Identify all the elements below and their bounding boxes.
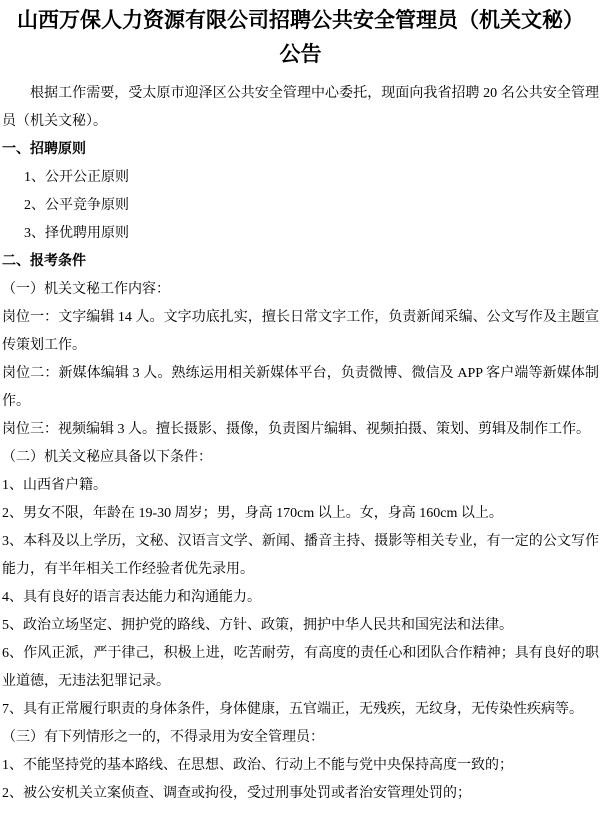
title-line-1: 山西万保人力资源有限公司招聘公共安全管理员（机关文秘） bbox=[2, 3, 599, 37]
paragraph: 岗位三：视频编辑 3 人。擅长摄影、摄像，负责图片编辑、视频拍摄、策划、剪辑及制… bbox=[2, 416, 599, 444]
paragraph: 5、政治立场坚定、拥护党的路线、方针、政策，拥护中华人民共和国宪法和法律。 bbox=[2, 612, 599, 640]
title-line-2: 公告 bbox=[2, 37, 599, 71]
paragraph: 4、具有良好的语言表达能力和沟通能力。 bbox=[2, 584, 599, 612]
paragraph: 3、择优聘用原则 bbox=[2, 220, 599, 248]
paragraph: 3、本科及以上学历，文秘、汉语言文学、新闻、播音主持、摄影等相关专业，有一定的公… bbox=[2, 528, 599, 584]
paragraph: 根据工作需要，受太原市迎泽区公共安全管理中心委托，现面向我省招聘 20 名公共安… bbox=[2, 80, 599, 136]
paragraph: 1、公开公正原则 bbox=[2, 164, 599, 192]
paragraph: 7、具有正常履行职责的身体条件，身体健康，五官端正，无残疾，无纹身，无传染性疾病… bbox=[2, 696, 599, 724]
document: 山西万保人力资源有限公司招聘公共安全管理员（机关文秘） 公告 根据工作需要，受太… bbox=[0, 0, 601, 808]
paragraph: 一、招聘原则 bbox=[2, 136, 599, 164]
paragraph: （一）机关文秘工作内容： bbox=[2, 276, 599, 304]
paragraph: 二、报考条件 bbox=[2, 248, 599, 276]
paragraph: 2、公平竞争原则 bbox=[2, 192, 599, 220]
paragraph: 1、不能坚持党的基本路线、在思想、政治、行动上不能与党中央保持高度一致的； bbox=[2, 752, 599, 780]
paragraph: （二）机关文秘应具备以下条件： bbox=[2, 444, 599, 472]
paragraph: 岗位二：新媒体编辑 3 人。熟练运用相关新媒体平台，负责微博、微信及 APP 客… bbox=[2, 360, 599, 416]
paragraph: 1、山西省户籍。 bbox=[2, 472, 599, 500]
paragraph: 6、作风正派，严于律己，积极上进，吃苦耐劳，有高度的责任心和团队合作精神；具有良… bbox=[2, 640, 599, 696]
document-body: 根据工作需要，受太原市迎泽区公共安全管理中心委托，现面向我省招聘 20 名公共安… bbox=[2, 80, 599, 808]
document-title: 山西万保人力资源有限公司招聘公共安全管理员（机关文秘） 公告 bbox=[2, 3, 599, 71]
paragraph: （三）有下列情形之一的，不得录用为安全管理员： bbox=[2, 724, 599, 752]
paragraph: 2、男女不限，年龄在 19-30 周岁；男，身高 170cm 以上。女，身高 1… bbox=[2, 500, 599, 528]
paragraph: 岗位一：文字编辑 14 人。文字功底扎实，擅长日常文字工作，负责新闻采编、公文写… bbox=[2, 304, 599, 360]
paragraph: 2、被公安机关立案侦查、调查或拘役，受过刑事处罚或者治安管理处罚的； bbox=[2, 780, 599, 808]
